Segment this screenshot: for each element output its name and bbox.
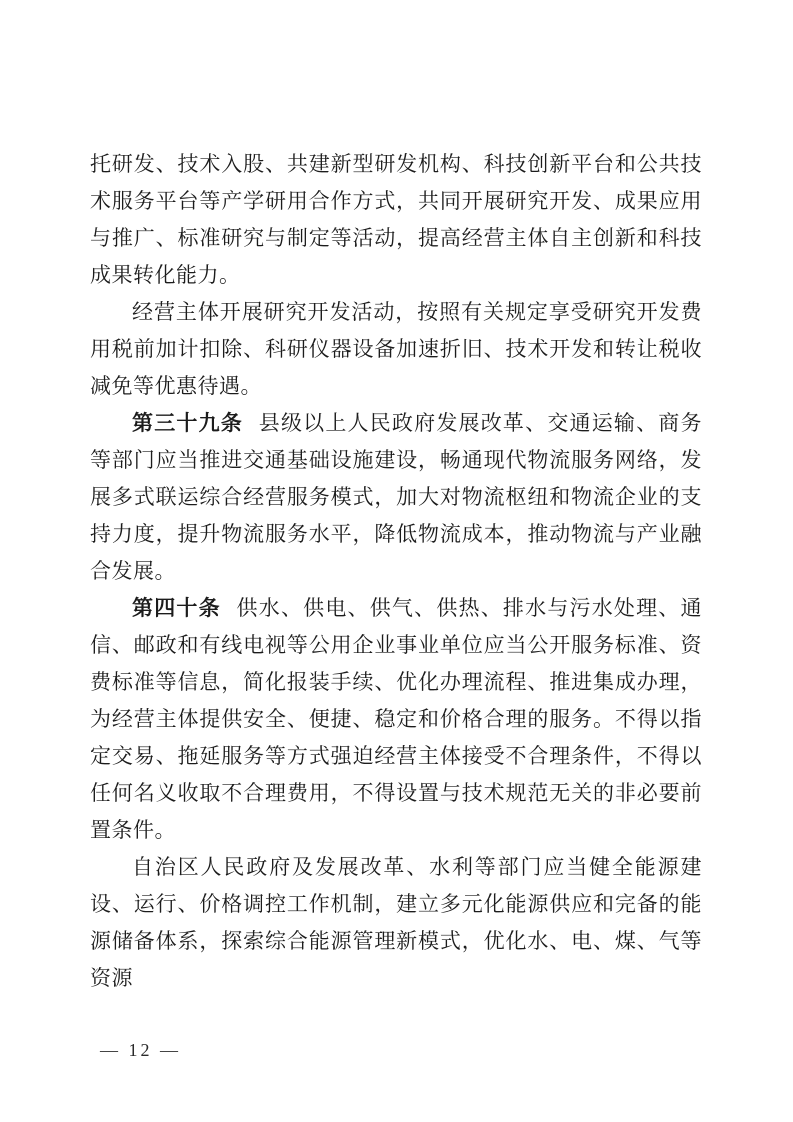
paragraph: 自治区人民政府及发展改革、水利等部门应当健全能源建设、运行、价格调控工作机制，建… (90, 849, 702, 997)
article-39-body: 县级以上人民政府发展改革、交通运输、商务等部门应当推进交通基础设施建设，畅通现代… (90, 411, 702, 583)
paragraph-continuation: 托研发、技术入股、共建新型研发机构、科技创新平台和公共技术服务平台等产学研用合作… (90, 146, 702, 294)
paragraph: 经营主体开展研究开发活动，按照有关规定享受研究开发费用税前加计扣除、科研仪器设备… (90, 294, 702, 405)
article-39-heading: 第三十九条 (132, 412, 243, 435)
paragraph-article-40: 第四十条供水、供电、供气、供热、排水与污水处理、通信、邮政和有线电视等公用企业事… (90, 590, 702, 849)
paragraph-article-39: 第三十九条县级以上人民政府发展改革、交通运输、商务等部门应当推进交通基础设施建设… (90, 405, 702, 590)
page-number: — 12 — (100, 1040, 181, 1061)
document-page: 托研发、技术入股、共建新型研发机构、科技创新平台和公共技术服务平台等产学研用合作… (0, 0, 793, 1122)
article-40-body: 供水、供电、供气、供热、排水与污水处理、通信、邮政和有线电视等公用企业事业单位应… (90, 596, 702, 842)
article-40-heading: 第四十条 (132, 597, 221, 620)
document-text-block: 托研发、技术入股、共建新型研发机构、科技创新平台和公共技术服务平台等产学研用合作… (90, 146, 702, 997)
